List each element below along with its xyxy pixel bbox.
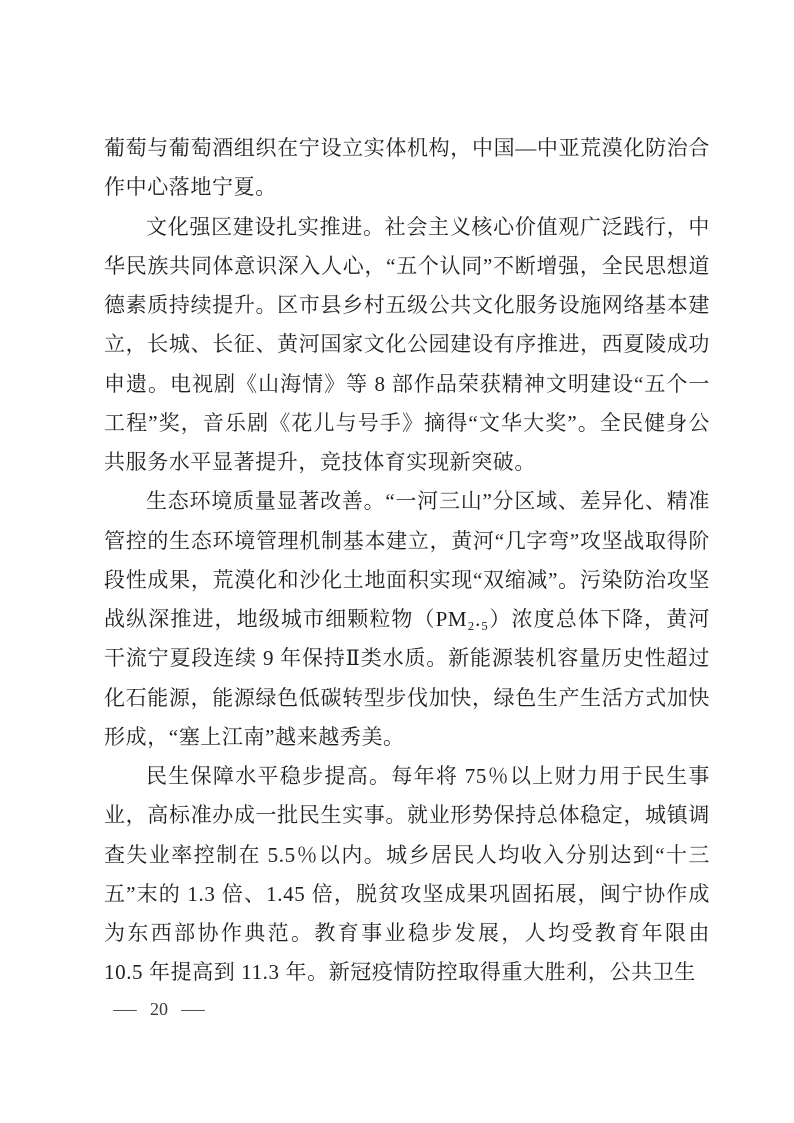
paragraph-culture: 文化强区建设扎实推进。社会主义核心价值观广泛践行，中华民族共同体意识深入人心，“… [104,208,710,483]
page-footer: — 20 — [116,997,202,1021]
footer-dash-right: — [181,997,204,1021]
document-page: 葡萄与葡萄酒组织在宁设立实体机构，中国—中亚荒漠化防治合作中心落地宁夏。 文化强… [0,0,794,1123]
paragraph-continuation: 葡萄与葡萄酒组织在宁设立实体机构，中国—中亚荒漠化防治合作中心落地宁夏。 [104,129,710,208]
paragraph-livelihood: 民生保障水平稳步提高。每年将 75％以上财力用于民生事业，高标准办成一批民生实事… [104,757,710,993]
paragraph-ecology: 生态环境质量显著改善。“一河三山”分区域、差异化、精准管控的生态环境管理机制基本… [104,482,710,757]
footer-dash-left: — [113,997,136,1021]
page-content: 葡萄与葡萄酒组织在宁设立实体机构，中国—中亚荒漠化防治合作中心落地宁夏。 文化强… [104,129,710,993]
page-number: 20 [150,997,168,1021]
